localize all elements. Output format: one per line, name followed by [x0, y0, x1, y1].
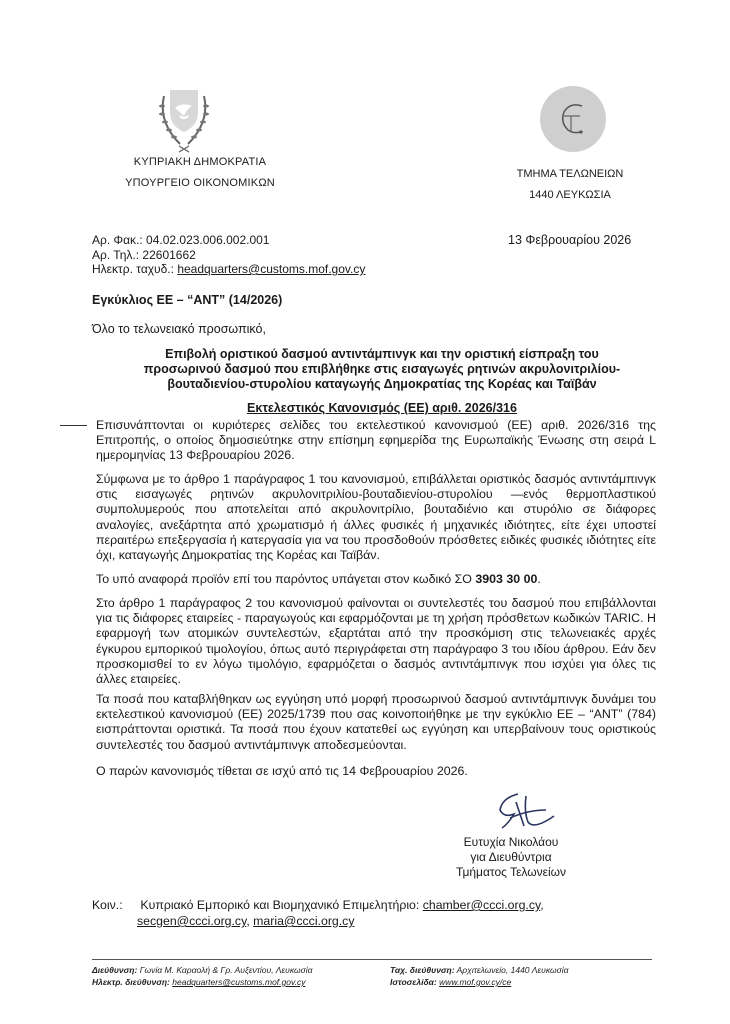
cc-email-link[interactable]: secgen@ccci.org.cy: [137, 914, 246, 928]
file-number-value: 04.02.023.006.002.001: [146, 233, 269, 247]
subject-heading: Επιβολή οριστικού δασμού αντιντάμπινγκ κ…: [102, 347, 662, 392]
signer-role: για Διευθύντρια: [420, 850, 602, 865]
email-link[interactable]: headquarters@customs.mof.gov.cy: [177, 262, 365, 276]
paragraph-guarantees: Τα ποσά που καταβλήθηκαν ως εγγύηση υπό …: [96, 692, 656, 753]
phone-label: Αρ. Τηλ.:: [92, 248, 139, 262]
greeting: Όλο το τελωνειακό προσωπικό,: [92, 322, 266, 336]
footer-divider: [92, 959, 652, 960]
footer-postal-label: Ταχ. διεύθυνση:: [390, 965, 455, 975]
subject-line: προσωρινού δασμού που επιβλήθηκε στις ει…: [102, 362, 662, 377]
cyprus-coat-of-arms-icon: [148, 86, 220, 156]
paragraph-tariff-code: Το υπό αναφορά προϊόν επί του παρόντος υ…: [96, 572, 656, 587]
footer-left: Διεύθυνση: Γωνία Μ. Καραολή & Γρ. Αυξεντ…: [92, 964, 312, 988]
paragraph-duty-imposed: Σύμφωνα με το άρθρο 1 παράγραφος 1 του κ…: [96, 472, 656, 563]
footer-address-label: Διεύθυνση:: [92, 965, 137, 975]
document-date: 13 Φεβρουαρίου 2026: [508, 233, 631, 247]
file-number-row: Αρ. Φακ.: 04.02.023.006.002.001: [92, 233, 365, 248]
footer-email-link[interactable]: headquarters@customs.mof.gov.cy: [172, 977, 305, 987]
signer-department: Τμήματος Τελωνείων: [420, 865, 602, 880]
tariff-code-text: Το υπό αναφορά προϊόν επί του παρόντος υ…: [96, 572, 475, 586]
phone-value: 22601662: [142, 248, 195, 262]
signer-name: Ευτυχία Νικολάου: [420, 835, 602, 850]
cc-label: Κοιν.:: [92, 897, 137, 913]
paragraph-attachments: Επισυνάπτονται οι κυριότερες σελίδες του…: [96, 418, 656, 464]
tariff-code-suffix: .: [537, 572, 540, 586]
cc-block: Κοιν.: Κυπριακό Εμπορικό και Βιομηχανικό…: [92, 897, 544, 929]
cc-email-link[interactable]: maria@ccci.org.cy: [253, 914, 354, 928]
subject-line: Επιβολή οριστικού δασμού αντιντάμπινγκ κ…: [102, 347, 662, 362]
footer-postal-value: Αρχιτελωνείο, 1440 Λευκωσία: [457, 965, 569, 975]
footer-address-value: Γωνία Μ. Καραολή & Γρ. Αυξεντίου, Λευκωσ…: [140, 965, 313, 975]
paragraph-entry-into-force: Ο παρών κανονισμός τίθεται σε ισχύ από τ…: [96, 764, 656, 779]
customs-department-logo-icon: [540, 86, 606, 152]
handwritten-signature-icon: [488, 788, 558, 836]
department-name: ΤΜΗΜΑ ΤΕΛΩΝΕΙΩΝ: [480, 168, 660, 180]
email-label: Ηλεκτρ. ταχυδ.:: [92, 262, 174, 276]
paragraph-rates: Στο άρθρο 1 παράγραφος 2 του κανονισμού …: [96, 596, 656, 687]
signature-block: Ευτυχία Νικολάου για Διευθύντρια Τμήματο…: [420, 835, 602, 880]
footer-right: Ταχ. διεύθυνση: Αρχιτελωνείο, 1440 Λευκω…: [390, 964, 568, 988]
file-number-label: Αρ. Φακ.:: [92, 233, 143, 247]
email-row: Ηλεκτρ. ταχυδ.: headquarters@customs.mof…: [92, 262, 365, 277]
cc-organization: Κυπριακό Εμπορικό και Βιομηχανικό Επιμελ…: [140, 898, 419, 912]
footer-website-label: Ιστοσελίδα:: [390, 977, 437, 987]
ministry-name: ΥΠΟΥΡΓΕΙΟ ΟΙΚΟΝΟΜΙΚΩΝ: [100, 177, 300, 189]
footer-email-label: Ηλεκτρ. διεύθυνση:: [92, 977, 170, 987]
subject-line: βουταδιενίου-στυρολίου καταγωγής Δημοκρα…: [102, 377, 662, 392]
republic-name: ΚΥΠΡΙΑΚΗ ΔΗΜΟΚΡΑΤΙΑ: [100, 156, 300, 168]
regulation-reference: Εκτελεστικός Κανονισμός (ΕΕ) αριθ. 2026/…: [102, 401, 662, 415]
tariff-code: 3903 30 00: [475, 572, 537, 586]
department-city: 1440 ΛΕΥΚΩΣΙΑ: [480, 189, 660, 201]
cc-email-link[interactable]: chamber@ccci.org.cy: [423, 898, 541, 912]
footer-website-link[interactable]: www.mof.gov.cy/ce: [439, 977, 511, 987]
reference-block: Αρ. Φακ.: 04.02.023.006.002.001 Αρ. Τηλ.…: [92, 233, 365, 277]
margin-marker-line: [60, 425, 87, 426]
phone-row: Αρ. Τηλ.: 22601662: [92, 248, 365, 263]
circular-title: Εγκύκλιος ΕΕ – “ANT” (14/2026): [92, 293, 282, 307]
